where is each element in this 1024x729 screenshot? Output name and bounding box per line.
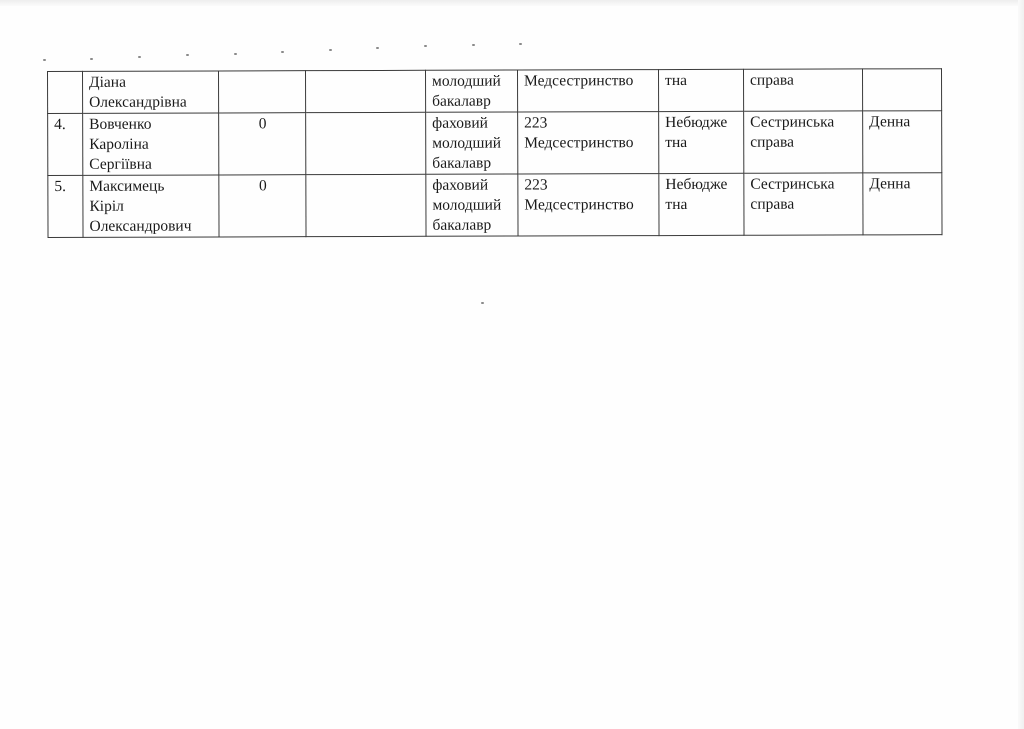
- scan-edge-top: [0, 0, 1024, 6]
- row-number: 4.: [48, 113, 83, 175]
- scan-speck: [472, 44, 475, 46]
- scan-edge-right: [1018, 0, 1024, 729]
- scan-speck: [481, 302, 484, 304]
- program-cell: Сестринська справа: [744, 173, 863, 235]
- specialty-cell: 223 Медсестринство: [518, 174, 659, 236]
- applicant-name: Діана Олександрівна: [83, 71, 219, 113]
- admission-table: Діана Олександрівна молодший бакалавр Ме…: [47, 68, 943, 238]
- table-row: 4. Вовченко Кароліна Сергіївна 0 фаховий…: [48, 111, 942, 176]
- study-form-cell: Денна: [863, 173, 942, 235]
- funding-cell: Небюдже тна: [659, 173, 744, 235]
- row-number: 5.: [48, 175, 83, 237]
- scan-speck: [329, 49, 332, 51]
- scan-speck: [186, 54, 189, 56]
- extra-cell: [306, 70, 426, 112]
- row-number: [48, 71, 83, 113]
- score-cell: 0: [219, 113, 306, 175]
- applicant-name: Максимець Кіріл Олександрович: [83, 175, 219, 237]
- specialty-cell: 223 Медсестринство: [518, 112, 659, 174]
- study-form-cell: Денна: [863, 111, 942, 173]
- applicant-name: Вовченко Кароліна Сергіївна: [83, 113, 219, 175]
- scan-speck: [138, 56, 141, 58]
- scan-speck: [43, 59, 46, 61]
- degree-cell: фаховий молодший бакалавр: [426, 174, 518, 236]
- table-row: Діана Олександрівна молодший бакалавр Ме…: [48, 69, 942, 114]
- study-form-cell: [862, 69, 941, 111]
- scan-speck: [519, 43, 522, 45]
- table-row: 5. Максимець Кіріл Олександрович 0 фахов…: [48, 173, 942, 238]
- extra-cell: [306, 112, 426, 174]
- program-cell: справа: [743, 69, 862, 111]
- degree-cell: фаховий молодший бакалавр: [426, 112, 518, 174]
- scan-speck: [424, 45, 427, 47]
- program-cell: Сестринська справа: [744, 111, 863, 173]
- score-cell: [219, 71, 306, 113]
- score-cell: 0: [219, 175, 306, 237]
- scan-speck: [234, 53, 237, 55]
- scan-speck: [90, 58, 93, 60]
- extra-cell: [306, 174, 426, 236]
- funding-cell: тна: [658, 69, 743, 111]
- scan-speck: [281, 51, 284, 53]
- specialty-cell: Медсестринство: [517, 70, 658, 112]
- scan-speck: [376, 47, 379, 49]
- funding-cell: Небюдже тна: [659, 111, 744, 173]
- degree-cell: молодший бакалавр: [425, 70, 517, 112]
